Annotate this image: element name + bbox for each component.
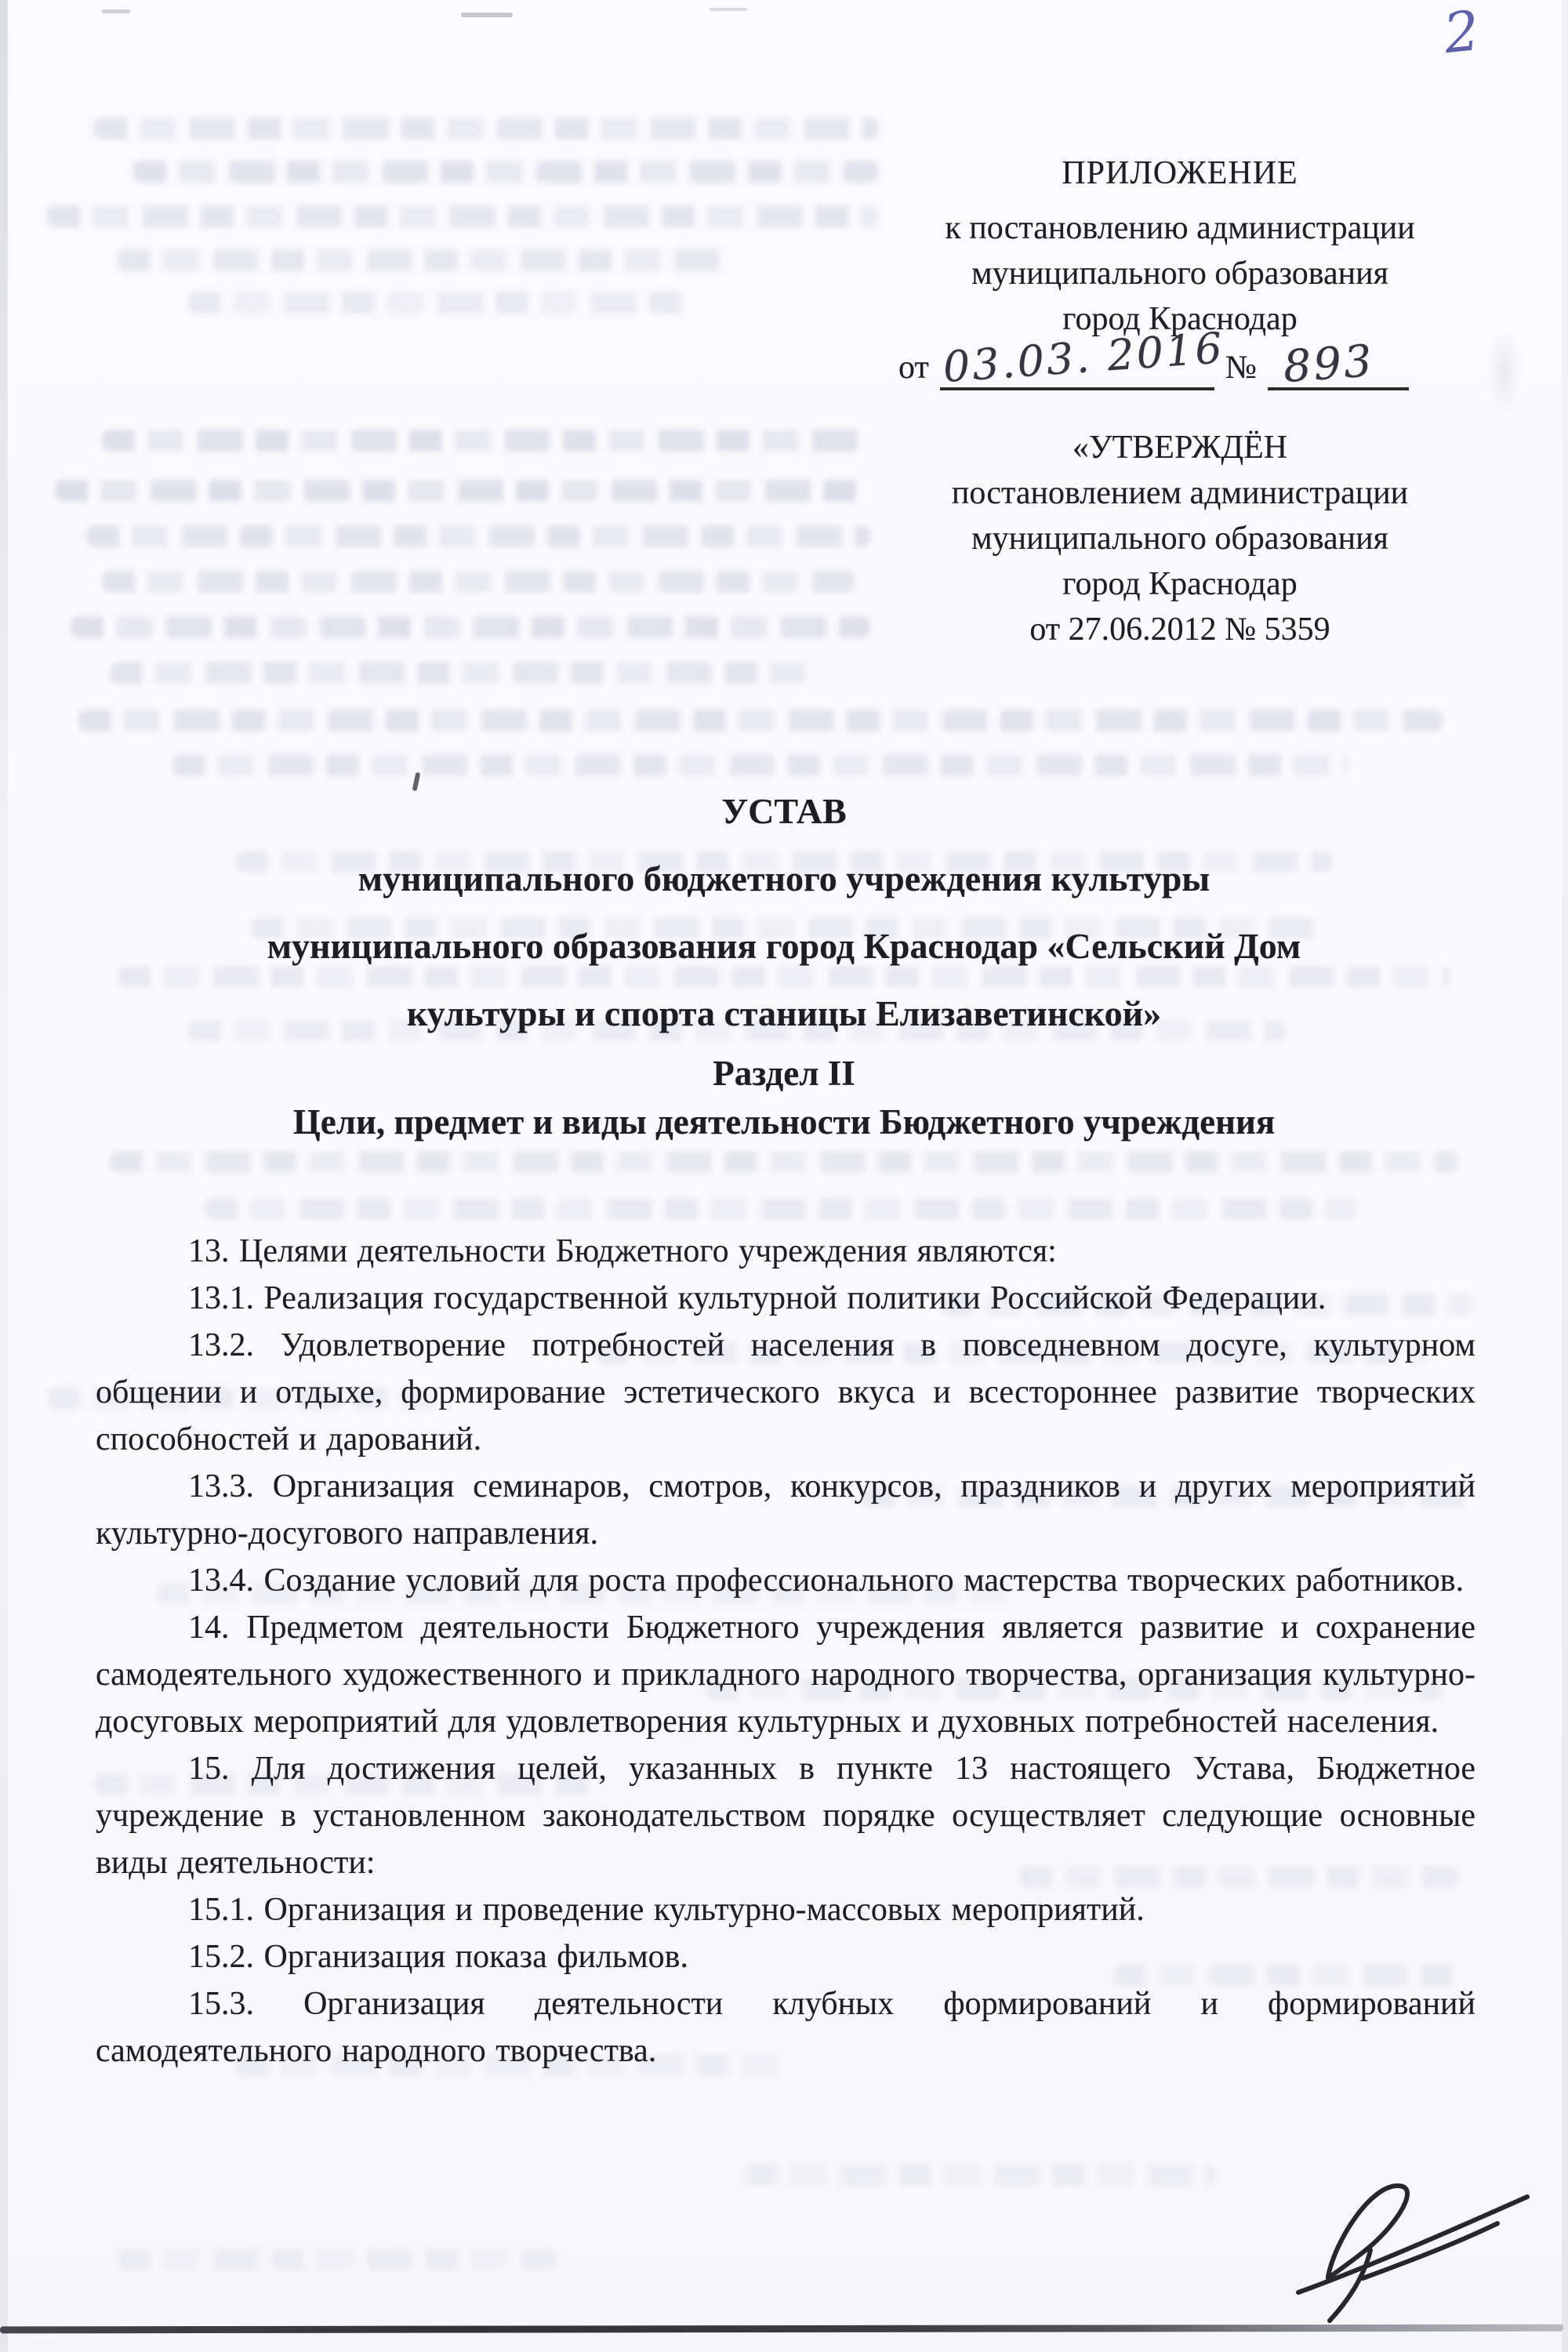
paragraph-13-2: 13.2. Удовлетворение потребностей населе… <box>96 1322 1475 1463</box>
annex-ref-line: от 03.03. 2016 № 893 <box>894 345 1466 390</box>
annex-line: к постановлению администрации <box>894 205 1466 251</box>
scan-edge-right <box>1562 0 1568 2352</box>
bleedthrough-line <box>110 1151 1458 1173</box>
bleedthrough-line <box>745 2164 1215 2186</box>
approval-line: постановлением администрации <box>894 470 1466 516</box>
scan-speck <box>710 8 747 11</box>
ref-date-underline: 03.03. 2016 <box>940 345 1214 390</box>
title-line: культуры и спорта станицы Елизаветинской… <box>0 980 1568 1047</box>
bleedthrough-line <box>94 118 878 140</box>
title-line: УСТАВ <box>0 778 1568 845</box>
paragraph-13-3: 13.3. Организация семинаров, смотров, ко… <box>96 1463 1475 1557</box>
annex-line: муниципального образования <box>894 251 1466 296</box>
paragraph-15-3: 15.3. Организация деятельности клубных ф… <box>96 1980 1475 2074</box>
paragraph-15-1: 15.1. Организация и проведение культурно… <box>96 1886 1475 1933</box>
scan-speck <box>102 9 130 13</box>
section-heading: Раздел II Цели, предмет и виды деятельно… <box>0 1049 1568 1146</box>
bleedthrough-line <box>47 205 878 227</box>
paragraph-13-4: 13.4. Создание условий для роста професс… <box>96 1557 1475 1604</box>
approval-block: «УТВЕРЖДЁН постановлением администрации … <box>894 425 1466 652</box>
ref-date-label: от <box>898 345 929 390</box>
paragraph-13-1: 13.1. Реализация государственной культур… <box>96 1275 1475 1322</box>
bleedthrough-line <box>133 161 878 183</box>
annex-stamp-block: ПРИЛОЖЕНИЕ к постановлению администрации… <box>894 151 1466 390</box>
bleedthrough-line <box>78 710 1443 731</box>
scan-edge-left <box>0 0 8 2352</box>
document-title: УСТАВ муниципального бюджетного учрежден… <box>0 778 1568 1047</box>
approval-line: город Краснодар <box>894 561 1466 607</box>
bleedthrough-line <box>102 571 855 593</box>
bleedthrough-line <box>188 292 690 314</box>
paragraph-15: 15. Для достижения целей, указанных в пу… <box>96 1745 1475 1886</box>
title-line: муниципального бюджетного учреждения кул… <box>0 845 1568 913</box>
ref-number-underline: 893 <box>1268 345 1409 390</box>
bleedthrough-line <box>118 249 729 271</box>
bleedthrough-line <box>71 616 870 638</box>
scan-smudge <box>1486 329 1523 416</box>
bleedthrough-line <box>110 662 815 684</box>
approval-line: «УТВЕРЖДЁН <box>894 425 1466 470</box>
paragraph-15-2: 15.2. Организация показа фильмов. <box>96 1933 1475 1980</box>
bleedthrough-line <box>102 430 870 452</box>
paragraph-14: 14. Предметом деятельности Бюджетного уч… <box>96 1604 1475 1745</box>
bleedthrough-line <box>86 525 870 547</box>
approval-line: муниципального образования <box>894 516 1466 561</box>
handwritten-number: 893 <box>1282 339 1376 390</box>
bleedthrough-line <box>118 2249 557 2270</box>
handwritten-page-number: 2 <box>1441 0 1483 66</box>
paragraph-13: 13. Целями деятельности Бюджетного учреж… <box>96 1228 1475 1275</box>
approval-line: от 27.06.2012 № 5359 <box>894 607 1466 652</box>
bleedthrough-line <box>172 754 1348 776</box>
annex-title: ПРИЛОЖЕНИЕ <box>894 151 1466 196</box>
title-line: муниципального образования город Краснод… <box>0 913 1568 980</box>
scan-speck <box>461 13 513 17</box>
bleedthrough-line <box>204 1198 1356 1220</box>
document-body: 13. Целями деятельности Бюджетного учреж… <box>96 1228 1475 2074</box>
section-number: Раздел II <box>0 1049 1568 1098</box>
number-sign: № <box>1225 345 1257 390</box>
scanned-document-page: 2 ПРИЛОЖЕНИЕ к постановлению администрац… <box>0 0 1568 2352</box>
bleedthrough-line <box>55 480 862 502</box>
section-title: Цели, предмет и виды деятельности Бюджет… <box>0 1098 1568 1146</box>
